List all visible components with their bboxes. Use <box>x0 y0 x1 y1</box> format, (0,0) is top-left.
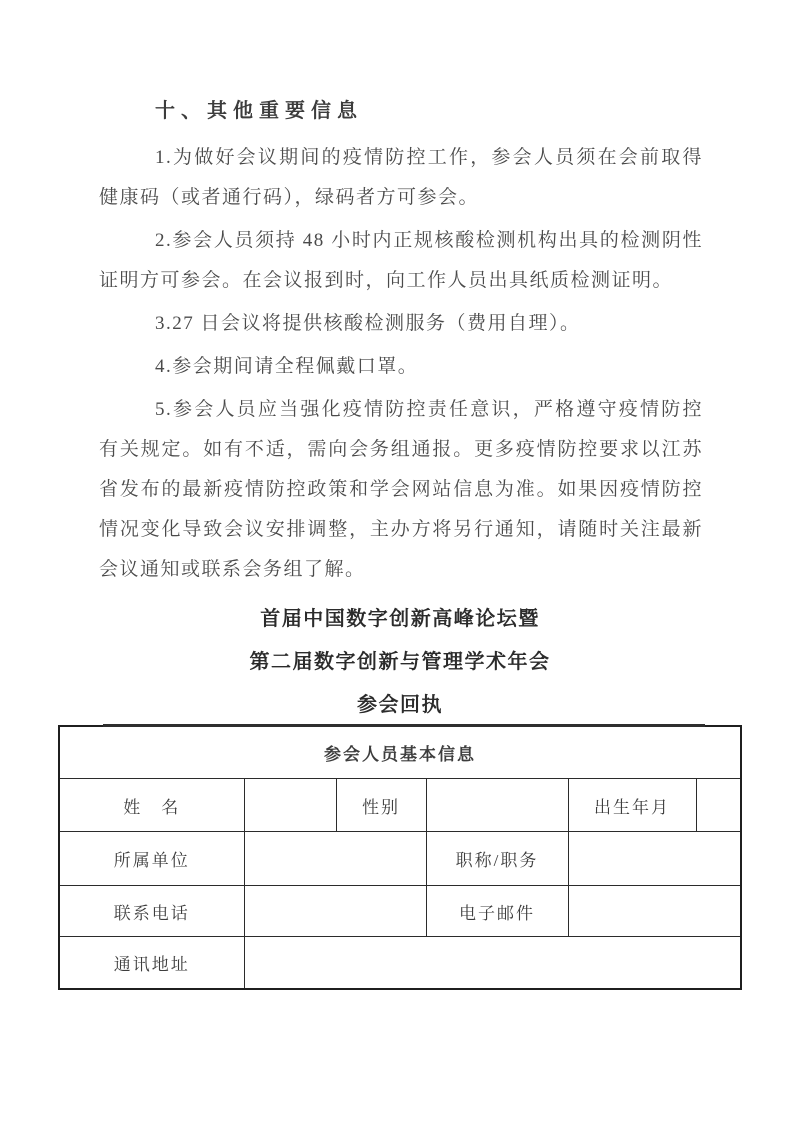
registration-form: 参会人员基本信息 姓 名 性别 出生年月 所属单位 职称/职务 联系电话 电子邮… <box>58 725 740 990</box>
address-input-cell <box>244 937 741 990</box>
title-position-input-cell <box>568 832 741 886</box>
conference-title-line-2: 第二届数字创新与管理学术年会 <box>0 641 800 684</box>
phone-label-cell: 联系电话 <box>59 886 244 937</box>
birth-input-cell <box>696 779 741 832</box>
conference-title-line-1: 首届中国数字创新高峰论坛暨 <box>0 598 800 641</box>
table-header-basic-info: 参会人员基本信息 <box>59 726 741 779</box>
table-row-name: 姓 名 性别 出生年月 <box>59 779 741 832</box>
table-row-phone: 联系电话 电子邮件 <box>59 886 741 937</box>
reply-form-title: 参会回执 <box>0 684 800 727</box>
document-page: 十、其他重要信息 1.为做好会议期间的疫情防控工作，参会人员须在会前取得健康码（… <box>0 0 800 1131</box>
phone-input-cell <box>244 886 426 937</box>
section-heading: 十、其他重要信息 <box>99 96 703 126</box>
registration-table: 参会人员基本信息 姓 名 性别 出生年月 所属单位 职称/职务 联系电话 电子邮… <box>58 725 742 990</box>
birth-label-cell: 出生年月 <box>568 779 696 832</box>
organization-label-cell: 所属单位 <box>59 832 244 886</box>
covid-notice-paragraph-5: 5.参会人员应当强化疫情防控责任意识，严格遵守疫情防控有关规定。如有不适，需向会… <box>99 390 703 590</box>
table-row-address: 通讯地址 <box>59 937 741 990</box>
title-position-label-cell: 职称/职务 <box>426 832 568 886</box>
table-row-organization: 所属单位 职称/职务 <box>59 832 741 886</box>
conference-titles: 首届中国数字创新高峰论坛暨 第二届数字创新与管理学术年会 参会回执 <box>0 598 800 727</box>
covid-notice-paragraph-4: 4.参会期间请全程佩戴口罩。 <box>99 347 703 387</box>
covid-notice-paragraph-1: 1.为做好会议期间的疫情防控工作，参会人员须在会前取得健康码（或者通行码），绿码… <box>99 138 703 218</box>
covid-notice-paragraph-3: 3.27 日会议将提供核酸检测服务（费用自理）。 <box>99 304 703 344</box>
notice-section: 十、其他重要信息 1.为做好会议期间的疫情防控工作，参会人员须在会前取得健康码（… <box>99 96 703 593</box>
address-label-cell: 通讯地址 <box>59 937 244 990</box>
gender-input-cell <box>426 779 568 832</box>
email-label-cell: 电子邮件 <box>426 886 568 937</box>
gender-label-cell: 性别 <box>336 779 426 832</box>
email-input-cell <box>568 886 741 937</box>
covid-notice-paragraph-2: 2.参会人员须持 48 小时内正规核酸检测机构出具的检测阴性证明方可参会。在会议… <box>99 221 703 301</box>
name-input-cell <box>244 779 336 832</box>
name-label-cell: 姓 名 <box>59 779 244 832</box>
organization-input-cell <box>244 832 426 886</box>
